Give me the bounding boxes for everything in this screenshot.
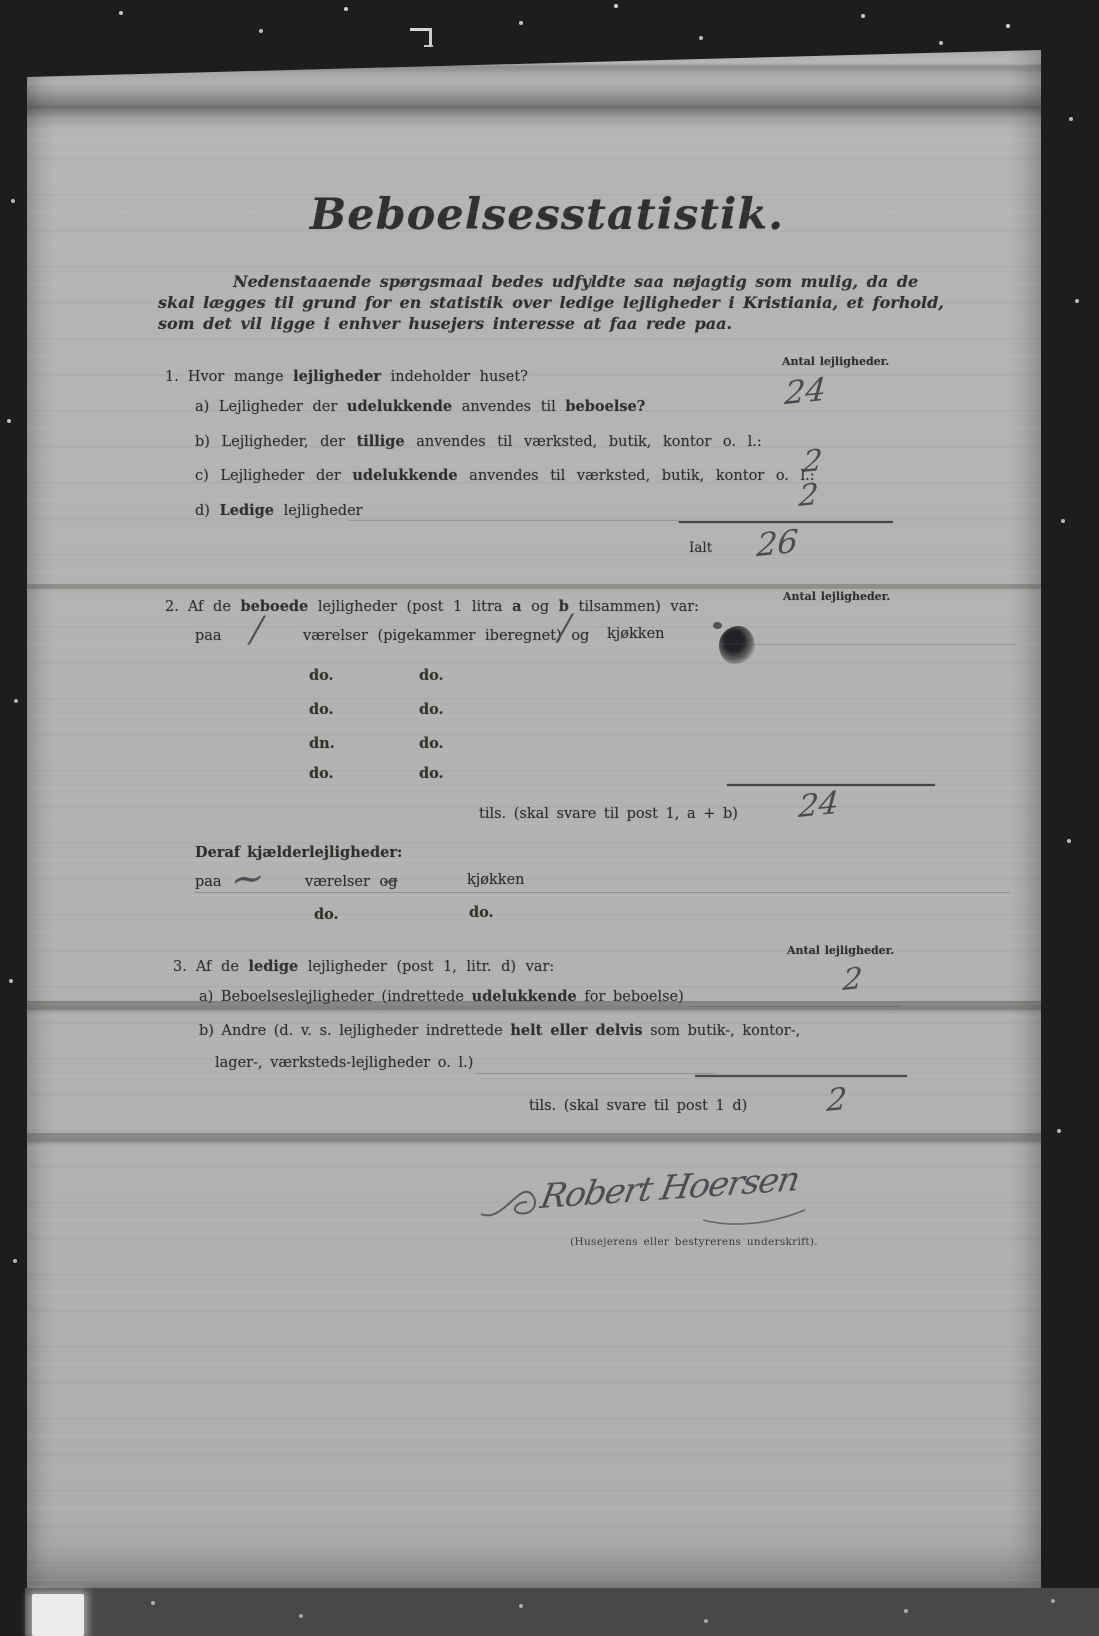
dotted-leader bbox=[475, 1073, 715, 1074]
antal-header-3: Antal lejligheder. bbox=[787, 944, 894, 957]
q1-b-text: b) Lejligheder, der bbox=[195, 434, 357, 450]
q1-item-a: a) Lejligheder der udelukkende anvendes … bbox=[195, 398, 645, 415]
basement-row-paa: paa bbox=[195, 874, 222, 890]
basement-do-cell: do. bbox=[469, 904, 494, 921]
q2-total-value: 24 bbox=[797, 785, 840, 825]
page-title: Beboelsesstatistik. bbox=[282, 190, 812, 240]
q1-b-bold: tillige bbox=[357, 433, 405, 450]
scan-band bbox=[27, 584, 1041, 589]
signature-underline bbox=[703, 1210, 805, 1224]
q3-text: Af de bbox=[196, 959, 249, 975]
signature: Robert Hoersen bbox=[475, 1152, 835, 1240]
q3-number: 3. bbox=[173, 959, 187, 975]
q3-text-bold: ledige bbox=[249, 958, 299, 975]
scanned-form-page: Beboelsesstatistik. Nedenstaaende spørgs… bbox=[0, 0, 1099, 1636]
basement-row-kjokken: kjøkken bbox=[467, 872, 525, 888]
scan-band bbox=[27, 1133, 1041, 1142]
ink-blot bbox=[719, 626, 755, 664]
scan-bottom-margin bbox=[25, 1588, 1099, 1636]
q2-text: Af de bbox=[188, 599, 241, 615]
q3-total-value: 2 bbox=[826, 1081, 849, 1119]
deraf-heading: Deraf kjælderlejligheder: bbox=[195, 844, 402, 861]
q2-number: 2. bbox=[165, 599, 179, 615]
q1-a-bold: udelukkende bbox=[347, 398, 452, 415]
do-row-cell: dn. bbox=[309, 735, 335, 752]
film-registration-mark bbox=[424, 45, 433, 47]
q2-text: tilsammen) var: bbox=[569, 599, 699, 615]
q3-item-a: a) Beboelseslejligheder (indrettede udel… bbox=[199, 988, 684, 1005]
q1-total-value: 26 bbox=[755, 522, 799, 564]
signature-swash bbox=[481, 1192, 535, 1216]
q1-number: 1. bbox=[165, 369, 179, 385]
rooms-row-mark-1: / bbox=[250, 610, 264, 651]
q3-item-b-line2: lager-, værksteds-lejligheder o. l.) bbox=[215, 1055, 473, 1071]
intro-line-1: Nedenstaaende spørgsmaal bedes udfyldte … bbox=[233, 272, 918, 291]
q2-text-bold: beboede bbox=[241, 598, 309, 615]
do-row-cell: do. bbox=[309, 701, 334, 718]
scan-white-patch bbox=[32, 1594, 84, 1636]
basement-do-cell: do. bbox=[314, 906, 339, 923]
ink-blot-dot bbox=[713, 622, 722, 629]
q3-item-b: b) Andre (d. v. s. lejligheder indretted… bbox=[199, 1022, 800, 1039]
q1-text: Hvor mange bbox=[188, 369, 293, 385]
rooms-row-vaerelser: værelser (pigekammer iberegnet) og bbox=[303, 628, 589, 644]
q1-item-d: d) Ledige lejligheder bbox=[195, 502, 363, 519]
basement-row-mark-1: ~ bbox=[229, 854, 266, 903]
q3-b-text: b) Andre (d. v. s. lejligheder indretted… bbox=[199, 1023, 510, 1039]
q2-text-bold: a bbox=[512, 598, 521, 615]
q3-total-label: tils. (skal svare til post 1 d) bbox=[529, 1098, 747, 1114]
intro-line-2: skal lægges til grund for en statistik o… bbox=[158, 293, 944, 312]
do-row-cell: do. bbox=[309, 667, 334, 684]
q3-answer: 2 bbox=[842, 961, 864, 998]
q2-text: og bbox=[522, 599, 559, 615]
q1-d-answer: 2 bbox=[798, 477, 820, 514]
q1-a-text: anvendes til bbox=[452, 399, 565, 415]
signature-name: Robert Hoersen bbox=[536, 1160, 801, 1217]
q2-text: lejligheder (post 1 litra bbox=[308, 599, 512, 615]
scan-dust-speckles bbox=[0, 0, 2, 2]
dotted-leader bbox=[689, 1006, 899, 1007]
do-row-cell: do. bbox=[419, 735, 444, 752]
q1-total-label: Ialt bbox=[689, 540, 712, 556]
do-row-cell: do. bbox=[419, 765, 444, 782]
dotted-leader bbox=[195, 892, 1010, 893]
q1-item-c: c) Lejligheder der udelukkende anvendes … bbox=[195, 467, 815, 484]
q1-c-bold: udelukkende bbox=[352, 467, 457, 484]
dotted-leader bbox=[727, 644, 1017, 645]
paper-sheet: Beboelsesstatistik. Nedenstaaende spørgs… bbox=[27, 50, 1041, 1590]
q2-heading: 2.Af de beboede lejligheder (post 1 litr… bbox=[165, 598, 699, 615]
do-row-cell: do. bbox=[419, 667, 444, 684]
q1-text: indeholder huset? bbox=[381, 369, 528, 385]
q3-a-bold: udelukkende bbox=[472, 988, 577, 1005]
sum-rule-3 bbox=[695, 1075, 907, 1077]
q1-a-text: a) Lejligheder der bbox=[195, 399, 347, 415]
rooms-row-paa: paa bbox=[195, 628, 222, 644]
rooms-row-kjokken: kjøkken bbox=[607, 626, 665, 642]
q3-heading: 3.Af de ledige lejligheder (post 1, litr… bbox=[173, 958, 554, 975]
dotted-leader bbox=[349, 520, 679, 521]
q1-d-bold: Ledige bbox=[220, 502, 274, 519]
q1-c-text: c) Lejligheder der bbox=[195, 468, 352, 484]
q2-total-label: tils. (skal svare til post 1, a + b) bbox=[479, 806, 738, 822]
q1-heading: 1.Hvor mange lejligheder indeholder huse… bbox=[165, 368, 528, 385]
q3-a-text: for beboelse) bbox=[577, 989, 684, 1005]
q3-b-text: som butik-, kontor-, bbox=[643, 1023, 801, 1039]
do-row-cell: do. bbox=[309, 765, 334, 782]
antal-header-2: Antal lejligheder. bbox=[783, 590, 890, 603]
q3-a-text: a) Beboelseslejligheder (indrettede bbox=[199, 989, 472, 1005]
q1-b-text: anvendes til værksted, butik, kontor o. … bbox=[405, 434, 762, 450]
q1-text-bold: lejligheder bbox=[293, 368, 381, 385]
q1-c-text: anvendes til værksted, butik, kontor o. … bbox=[458, 468, 815, 484]
q1-a-bold: beboelse? bbox=[565, 398, 645, 415]
q3-b-bold: helt eller delvis bbox=[510, 1022, 642, 1039]
q3-text: lejligheder (post 1, litr. d) var: bbox=[298, 959, 554, 975]
intro-line-3: som det vil ligge i enhver husejers inte… bbox=[158, 314, 732, 333]
q1-item-b: b) Lejligheder, der tillige anvendes til… bbox=[195, 433, 762, 450]
q1-d-text: lejligheder bbox=[274, 503, 363, 519]
signature-caption: (Husejerens eller bestyrerens underskrif… bbox=[539, 1236, 849, 1248]
do-row-cell: do. bbox=[419, 701, 444, 718]
q1-d-text: d) bbox=[195, 503, 220, 519]
q1-a-answer: 24 bbox=[783, 370, 827, 412]
antal-header-1: Antal lejligheder. bbox=[782, 355, 889, 368]
